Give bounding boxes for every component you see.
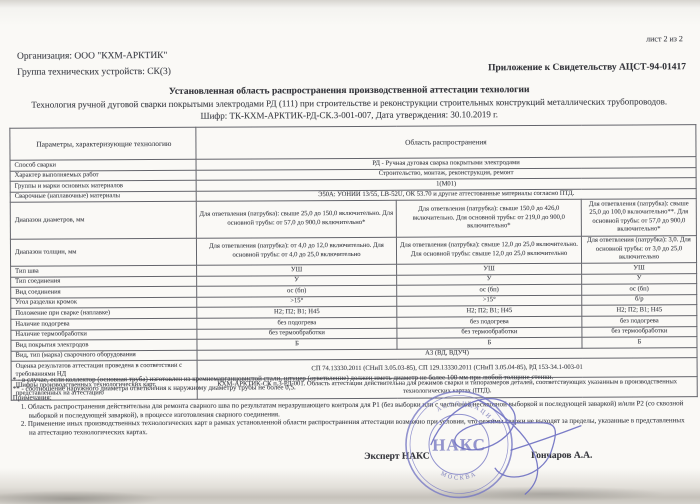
table-cell: УШ — [582, 263, 697, 274]
table-cell: без термообработки — [582, 326, 697, 337]
table-cell: Для ответвления (патрубка): свыше 25,0 д… — [581, 199, 696, 236]
table-cell: б/р — [582, 295, 697, 306]
area-column-header: Область распространения — [196, 125, 696, 160]
table-cell: Для ответвления (патрубка): от 4,0 до 12… — [196, 237, 396, 266]
table-cell: Для ответвления (патрубка): свыше 25,0 д… — [196, 201, 396, 238]
cipher-line: Шифр: ТК-КХМ-АРКТИК-РД-СК.3-001-007, Дат… — [0, 108, 699, 122]
signature-stroke — [431, 398, 556, 477]
table-cell: Б — [582, 337, 697, 348]
sheet-number: лист 2 из 2 — [646, 34, 683, 43]
device-group-line: Группа технических устройств: СК(3) — [17, 67, 171, 78]
table-row: Диапазон толщин, мм Для ответвления (пат… — [10, 235, 696, 266]
table-cell: Для ответвления (патрубка): 3,0. Для осн… — [581, 235, 696, 263]
notes-title: Примечания: — [13, 394, 52, 403]
table-header-row: Параметры, характеризующие технологию Об… — [10, 125, 696, 161]
row-label: Диапазон диаметров, мм — [10, 202, 196, 239]
organization-line: Организация: ООО "КХМ-АРКТИК" — [17, 51, 167, 62]
expert-signature — [413, 382, 614, 503]
table-cell: Для ответвления (патрубка): свыше 150,0 … — [396, 200, 581, 237]
attestation-scope-table: Параметры, характеризующие технологию Об… — [9, 124, 697, 400]
param-column-header: Параметры, характеризующие технологию — [10, 127, 196, 160]
table-cell: У — [582, 273, 697, 284]
table-cell: ос (бп) — [582, 284, 697, 295]
table-cell: без подогрева — [582, 316, 697, 327]
scanned-certificate-page: лист 2 из 2 Организация: ООО "КХМ-АРКТИК… — [0, 0, 700, 504]
signature-stroke — [511, 426, 581, 450]
table-row: Диапазон диаметров, мм Для ответвления (… — [10, 199, 696, 239]
row-label: Диапазон толщин, мм — [10, 238, 196, 267]
table-cell: Для ответвления (патрубка): свыше 12,0 д… — [396, 236, 581, 265]
table-cell: Н2; П2; В1; Н45 — [582, 305, 697, 316]
annex-line: Приложение к Свидетельству АЦСТ-94-01417 — [488, 62, 686, 73]
